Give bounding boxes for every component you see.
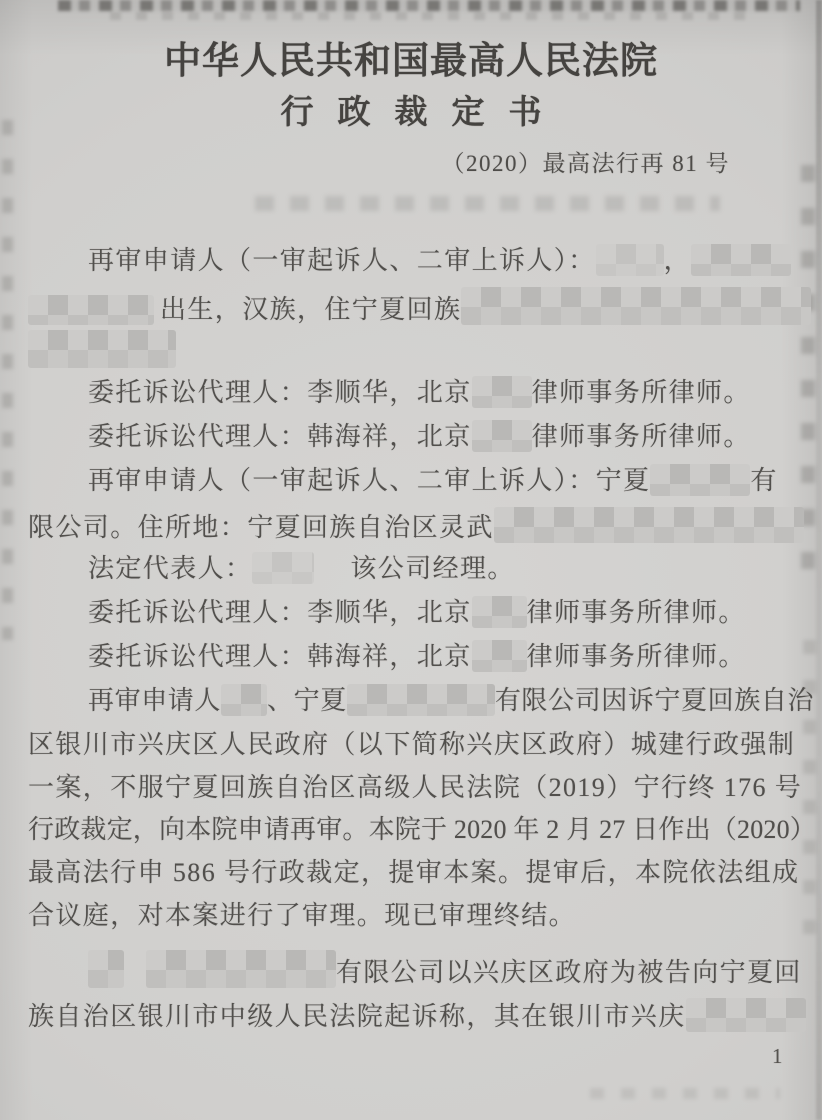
line-text: ， [664,246,691,275]
document-line: 行政裁定，向本院申请再审。本院于 2020 年 2 月 27 日作出（2020） [28,812,816,848]
redaction-block [596,244,664,276]
line-text: 行政裁定，向本院申请再审。本院于 2020 年 2 月 27 日作出（2020） [28,815,816,844]
line-text: 合议庭，对本案进行了审理。现已审理终结。 [28,901,576,930]
redaction-block [691,244,791,276]
line-text: 再审申请人 [88,686,221,715]
line-text: 委托诉讼代理人：李顺华，北京 [88,598,472,627]
line-text: 再审申请人（一审起诉人、二审上诉人）：宁夏 [88,466,650,495]
redaction-block [28,295,154,325]
document-line: 再审申请人（一审起诉人、二审上诉人）：， [88,243,791,279]
document-line: 区银川市兴庆区人民政府（以下简称兴庆区政府）城建行政强制 [28,727,795,763]
line-text: 律师事务所律师。 [532,378,751,407]
redaction-block [650,464,750,496]
redaction-block [221,684,267,716]
redaction-block [28,330,176,368]
line-text: 有 [750,466,777,495]
line-text: 律师事务所律师。 [527,598,746,627]
page-number: 1 [772,1044,783,1069]
document-line: 合议庭，对本案进行了审理。现已审理终结。 [28,898,576,934]
line-text: 一案，不服宁夏回族自治区高级人民法院（2019）宁行终 176 号 [28,773,802,802]
line-text: 族自治区银川市中级人民法院起诉称，其在银川市兴庆 [28,1002,686,1031]
document-line: 委托诉讼代理人：李顺华，北京律师事务所律师。 [88,595,746,631]
line-text: 委托诉讼代理人：李顺华，北京 [88,378,472,407]
document-line: 有限公司以兴庆区政府为被告向宁夏回 [88,950,802,986]
line-text: 有限公司因诉宁夏回族自治 [495,686,814,715]
redaction-block [472,376,532,408]
redaction-block [347,684,495,716]
document-line: 委托诉讼代理人：韩海祥，北京律师事务所律师。 [88,419,751,455]
document-photo: 中华人民共和国最高人民法院 行政裁定书 （2020）最高法行再 81 号 再审申… [0,0,822,1120]
line-text: 、宁夏 [267,686,347,715]
redaction-block [146,950,336,988]
document-line: 一案，不服宁夏回族自治区高级人民法院（2019）宁行终 176 号 [28,770,802,806]
line-text: 出生，汉族，住宁夏回族 [160,295,461,324]
document-line: 最高法行申 586 号行政裁定，提审本案。提审后，本院依法组成 [28,855,799,891]
line-text: 该公司经理。 [350,554,514,583]
line-text: 委托诉讼代理人：韩海祥，北京 [88,642,472,671]
redaction-block [494,507,804,543]
line-text: 有限公司以兴庆区政府为被告向宁夏回 [336,958,802,987]
redaction-block [472,640,527,672]
document-line: 出生，汉族，住宁夏回族 [28,287,811,323]
redaction-block [686,998,806,1032]
document-line: 法定代表人：该公司经理。 [88,551,515,587]
line-text: 限公司。住所地：宁夏回族自治区灵武 [28,513,494,542]
line-text: 法定代表人： [88,554,252,583]
document-line: 限公司。住所地：宁夏回族自治区灵武 [28,507,804,543]
line-text: 再审申请人（一审起诉人、二审上诉人）： [88,246,596,275]
line-text: 委托诉讼代理人：韩海祥，北京 [88,422,472,451]
line-text: 最高法行申 586 号行政裁定，提审本案。提审后，本院依法组成 [28,858,799,887]
document-line: 再审申请人、宁夏有限公司因诉宁夏回族自治 [88,683,814,719]
redaction-block [461,287,811,325]
redaction-block [88,950,124,988]
document-line [28,330,176,366]
document-line: 委托诉讼代理人：李顺华，北京律师事务所律师。 [88,375,751,411]
line-text: 律师事务所律师。 [527,642,746,671]
document-line: 再审申请人（一审起诉人、二审上诉人）：宁夏有 [88,463,778,499]
redaction-block [472,420,532,452]
redaction-block [472,596,527,628]
line-text: 律师事务所律师。 [532,422,751,451]
document-lines: 再审申请人（一审起诉人、二审上诉人）：，出生，汉族，住宁夏回族委托诉讼代理人：李… [0,0,822,1120]
redaction-block [252,552,314,584]
document-line: 委托诉讼代理人：韩海祥，北京律师事务所律师。 [88,639,746,675]
line-text: 区银川市兴庆区人民政府（以下简称兴庆区政府）城建行政强制 [28,730,795,759]
document-line: 族自治区银川市中级人民法院起诉称，其在银川市兴庆 [28,998,806,1034]
